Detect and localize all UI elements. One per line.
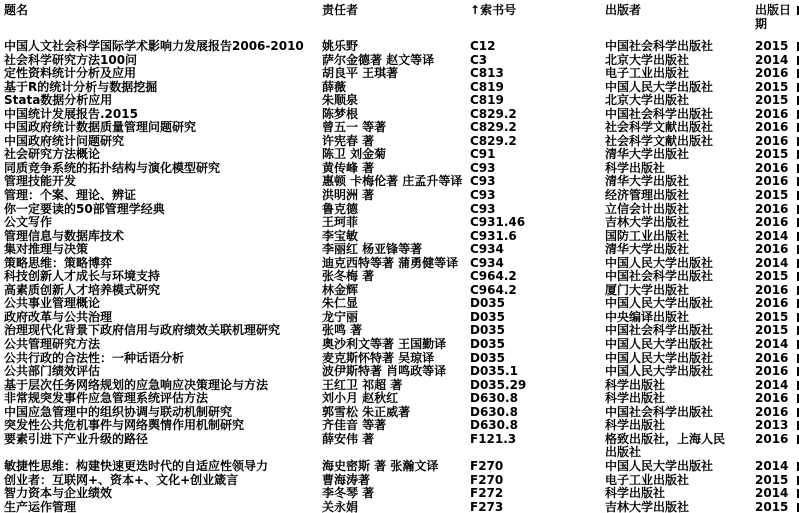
call-number: F270 [470, 474, 605, 488]
call-number: C813 [470, 67, 605, 81]
table-row[interactable]: 公文写作王珂菲C931.46吉林大学出版社2016 [0, 216, 799, 230]
book-title[interactable]: 公共事业管理概论 [4, 297, 322, 311]
book-author: 齐佳音 等著 [322, 419, 470, 433]
book-author: 曾五一 等著 [322, 121, 470, 135]
call-number: D035 [470, 324, 605, 338]
call-number: D630.8 [470, 392, 605, 406]
publisher: 中国人民大学出版社 [605, 460, 733, 474]
publisher: 吉林大学出版社 [605, 216, 733, 230]
publisher: 经济管理出版社 [605, 189, 733, 203]
call-number: C964.2 [470, 284, 605, 298]
column-header-title[interactable]: 题名 [4, 4, 322, 18]
call-number: C819 [470, 81, 605, 95]
call-number: D035 [470, 297, 605, 311]
column-header-call-number[interactable]: ↑索书号 [470, 4, 605, 18]
pub-date: 2014 [755, 460, 799, 474]
pub-date: 2014 [755, 54, 799, 68]
pub-date: 2016 [755, 175, 799, 189]
call-number: C934 [470, 243, 605, 257]
pub-date: 2016 [755, 406, 799, 420]
pub-date: 2016 [755, 162, 799, 176]
publisher: 中国人民大学出版社 [605, 297, 733, 311]
call-number: C3 [470, 54, 605, 68]
call-number: F272 [470, 487, 605, 501]
table-row[interactable]: 创业者：互联网+、资本+、文化+创业箴言曹海涛著F270电子工业出版社2015 [0, 474, 799, 488]
book-title[interactable]: 集对推理与决策 [4, 243, 322, 257]
publisher: 科学出版社 [605, 487, 733, 501]
book-author: 关永娟 [322, 501, 470, 513]
pub-date: 2016 [755, 135, 799, 149]
book-title[interactable]: 科技创新人才成长与环境支持 [4, 270, 322, 284]
pub-date: 2016 [755, 433, 799, 447]
column-header-author[interactable]: 责任者 [322, 4, 470, 18]
pub-date: 2015 [755, 148, 799, 162]
table-row[interactable]: 定性资料统计分析及应用胡良平 王琪著C813电子工业出版社2016 [0, 67, 799, 81]
book-author: 胡良平 王琪著 [322, 67, 470, 81]
pub-date: 2015 [755, 81, 799, 95]
call-number: C819 [470, 94, 605, 108]
call-number: C12 [470, 40, 605, 54]
book-author: 惠顿 卡梅伦著 庄孟升等译 [322, 175, 470, 189]
publisher: 北京大学出版社 [605, 94, 733, 108]
call-number: C93 [470, 162, 605, 176]
table-row[interactable]: 要素引进下产业升级的路径薛安伟 著F121.3格致出版社，上海人民出版社2016 [0, 433, 799, 460]
book-title[interactable]: 治理现代化背景下政府信用与政府绩效关联机理研究 [4, 324, 322, 338]
pub-date: 2016 [755, 352, 799, 366]
publisher: 中国人民大学出版社 [605, 338, 733, 352]
publisher: 清华大学出版社 [605, 175, 733, 189]
publisher: 电子工业出版社 [605, 474, 733, 488]
book-author: 李丽红 杨亚锋等著 [322, 243, 470, 257]
table-row[interactable]: 公共事业管理概论朱仁显D035中国人民大学出版社2016 [0, 297, 799, 311]
pub-date: 2014 [755, 338, 799, 352]
book-title[interactable]: 智力资本与企业绩效 [4, 487, 322, 501]
table-row[interactable]: 生产运作管理关永娟F273吉林大学出版社2015 [0, 501, 799, 513]
call-number: F273 [470, 501, 605, 513]
pub-date: 2016 [755, 243, 799, 257]
publisher: 中国社会科学出版社 [605, 270, 733, 284]
table-row[interactable]: 敏捷性思维：构建快速更迭时代的自适应性领导力海史密斯 著 张瀚文译F270中国人… [0, 460, 799, 474]
book-author: 刘小月 赵秋红 [322, 392, 470, 406]
book-title[interactable]: 管理技能开发 [4, 175, 322, 189]
pub-date: 2016 [755, 284, 799, 298]
book-author: 李冬琴 著 [322, 487, 470, 501]
table-row[interactable]: 非常规突发事件应急管理系统评估方法刘小月 赵秋红D630.8科学出版社2016 [0, 392, 799, 406]
pub-date: 2015 [755, 501, 799, 513]
book-title[interactable]: 中国政府统计数据质量管理问题研究 [4, 121, 322, 135]
call-number: C829.2 [470, 108, 605, 122]
book-title[interactable]: 定性资料统计分析及应用 [4, 67, 322, 81]
pub-date: 2014 [755, 379, 799, 393]
call-number: C931.6 [470, 230, 605, 244]
book-author: 曹海涛著 [322, 474, 470, 488]
call-number: C91 [470, 148, 605, 162]
table-row[interactable]: 社会研究方法概论陈卫 刘金菊C91清华大学出版社2015 [0, 148, 799, 162]
publisher: 清华大学出版社 [605, 148, 733, 162]
call-number: D035 [470, 311, 605, 325]
publisher: 中国人民大学出版社 [605, 365, 733, 379]
call-number: C934 [470, 257, 605, 271]
table-row[interactable]: 突发性公共危机事件与网络舆情作用机制研究齐佳音 等著D630.8科学出版社201… [0, 419, 799, 433]
pub-date: 2016 [755, 392, 799, 406]
pub-date: 2016 [755, 297, 799, 311]
pub-date: 2016 [755, 203, 799, 217]
call-number: D035 [470, 352, 605, 366]
book-title[interactable]: 创业者：互联网+、资本+、文化+创业箴言 [4, 474, 322, 488]
table-row[interactable]: 管理：个案、理论、辨证洪明洲 著C93经济管理出版社2015 [0, 189, 799, 203]
publisher: 科学出版社 [605, 392, 733, 406]
publisher: 吉林大学出版社 [605, 501, 733, 513]
book-title[interactable]: 非常规突发事件应急管理系统评估方法 [4, 392, 322, 406]
book-author: 薛安伟 著 [322, 433, 470, 447]
publisher: 社会科学文献出版社 [605, 121, 733, 135]
pub-date: 2016 [755, 67, 799, 81]
book-author: 王珂菲 [322, 216, 470, 230]
publisher: 中国社会科学出版社 [605, 40, 733, 54]
pub-date: 2015 [755, 324, 799, 338]
book-author: 张冬梅 著 [322, 270, 470, 284]
pub-date: 2015 [755, 94, 799, 108]
call-number: C93 [470, 175, 605, 189]
book-author: 朱顺泉 [322, 94, 470, 108]
column-header-call-number-label: 索书号 [480, 3, 516, 17]
table-body: 中国人文社会科学国际学术影响力发展报告2006-2010姚乐野C12中国社会科学… [0, 40, 799, 513]
pub-date: 2014 [755, 257, 799, 271]
pub-date: 2016 [755, 216, 799, 230]
call-number: D630.8 [470, 406, 605, 420]
pub-date: 2013 [755, 419, 799, 433]
table-row[interactable]: 治理现代化背景下政府信用与政府绩效关联机理研究张鸣 著D035中国社会科学出版社… [0, 324, 799, 338]
pub-date: 2015 [755, 474, 799, 488]
column-header-publisher[interactable]: 出版者 [605, 4, 733, 18]
sort-ascending-icon: ↑ [470, 3, 480, 17]
book-title[interactable]: 生产运作管理 [4, 501, 322, 513]
book-author: 波伊斯特著 肖鸣政等译 [322, 365, 470, 379]
table-row[interactable]: 中国政府统计数据质量管理问题研究曾五一 等著C829.2社会科学文献出版社201… [0, 121, 799, 135]
book-title[interactable]: 管理：个案、理论、辨证 [4, 189, 322, 203]
book-author: 奥沙利文等著 王国勤译 [322, 338, 470, 352]
book-title[interactable]: 要素引进下产业升级的路径 [4, 433, 322, 447]
book-title[interactable]: 敏捷性思维：构建快速更迭时代的自适应性领导力 [4, 460, 322, 474]
book-author: 姚乐野 [322, 40, 470, 54]
book-author: 张鸣 著 [322, 324, 470, 338]
pub-date: 2015 [755, 311, 799, 325]
book-author: 陈卫 刘金菊 [322, 148, 470, 162]
pub-date: 2015 [755, 189, 799, 203]
call-number: C931.46 [470, 216, 605, 230]
pub-date: 2016 [755, 121, 799, 135]
call-number: F270 [470, 460, 605, 474]
book-title[interactable]: 突发性公共危机事件与网络舆情作用机制研究 [4, 419, 322, 433]
publisher: 中国社会科学出版社 [605, 324, 733, 338]
table-row[interactable]: 科技创新人才成长与环境支持张冬梅 著C964.2中国社会科学出版社2015 [0, 270, 799, 284]
library-catalog-results: 题名 责任者 ↑索书号 出版者 出版日期 中国人文社会科学国际学术影响力发展报告… [0, 0, 799, 513]
publisher: 电子工业出版社 [605, 67, 733, 81]
book-title[interactable]: 公共管理研究方法 [4, 338, 322, 352]
publisher: 清华大学出版社 [605, 243, 733, 257]
pub-date: 2014 [755, 230, 799, 244]
book-title[interactable]: 中国人文社会科学国际学术影响力发展报告2006-2010 [4, 40, 322, 54]
column-header-pub-date[interactable]: 出版日期 [755, 4, 799, 31]
call-number: C93 [470, 189, 605, 203]
table-header: 题名 责任者 ↑索书号 出版者 出版日期 [0, 4, 799, 31]
book-author: 朱仁显 [322, 297, 470, 311]
call-number: C93 [470, 203, 605, 217]
pub-date: 2015 [755, 270, 799, 284]
call-number: C829.2 [470, 135, 605, 149]
call-number: C829.2 [470, 121, 605, 135]
book-title[interactable]: 公文写作 [4, 216, 322, 230]
pub-date: 2016 [755, 365, 799, 379]
publisher: 科学出版社 [605, 419, 733, 433]
book-title[interactable]: Stata数据分析应用 [4, 94, 322, 108]
table-row[interactable]: 智力资本与企业绩效李冬琴 著F272科学出版社2014 [0, 487, 799, 501]
call-number: D630.8 [470, 419, 605, 433]
pub-date: 2015 [755, 40, 799, 54]
call-number: C964.2 [470, 270, 605, 284]
call-number: D035 [470, 338, 605, 352]
call-number: D035.29 [470, 379, 605, 393]
book-author: 海史密斯 著 张瀚文译 [322, 460, 470, 474]
table-row[interactable]: Stata数据分析应用朱顺泉C819北京大学出版社2015 [0, 94, 799, 108]
table-row[interactable]: 公共管理研究方法奥沙利文等著 王国勤译D035中国人民大学出版社2014 [0, 338, 799, 352]
table-row[interactable]: 公共部门绩效评估波伊斯特著 肖鸣政等译D035.1中国人民大学出版社2016 [0, 365, 799, 379]
publisher: 格致出版社，上海人民出版社 [605, 433, 733, 460]
call-number: D035.1 [470, 365, 605, 379]
book-author: 洪明洲 著 [322, 189, 470, 203]
call-number: F121.3 [470, 433, 605, 447]
book-title[interactable]: 社会研究方法概论 [4, 148, 322, 162]
pub-date: 2016 [755, 108, 799, 122]
table-row[interactable]: 集对推理与决策李丽红 杨亚锋等著C934清华大学出版社2016 [0, 243, 799, 257]
pub-date: 2014 [755, 487, 799, 501]
table-row[interactable]: 管理技能开发惠顿 卡梅伦著 庄孟升等译C93清华大学出版社2016 [0, 175, 799, 189]
table-row[interactable]: 中国人文社会科学国际学术影响力发展报告2006-2010姚乐野C12中国社会科学… [0, 40, 799, 54]
book-title[interactable]: 公共部门绩效评估 [4, 365, 322, 379]
